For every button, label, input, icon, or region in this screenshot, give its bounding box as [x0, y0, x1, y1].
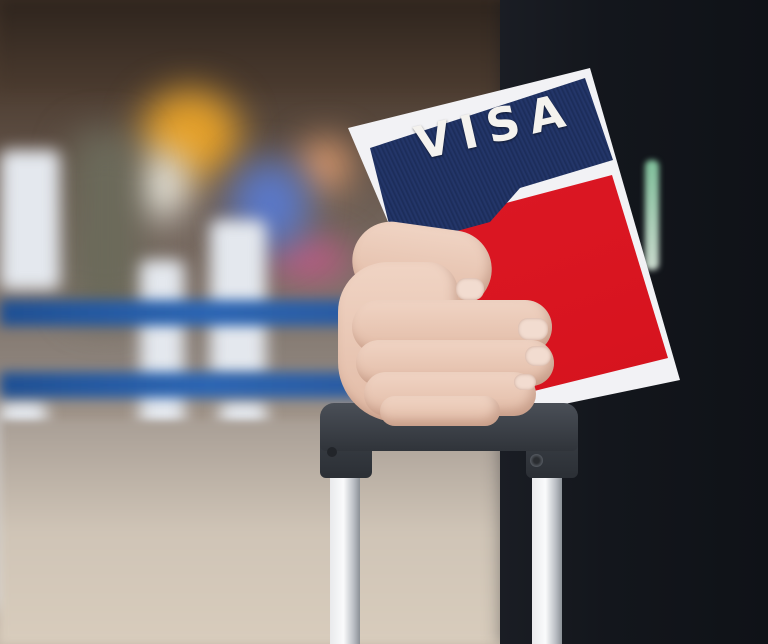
- fingernail: [514, 374, 536, 390]
- luggage-rod-right: [532, 470, 562, 644]
- screw-icon: [530, 454, 543, 467]
- screw-icon: [327, 447, 337, 457]
- blurred-green-object: [645, 160, 659, 270]
- blurred-post: [140, 260, 184, 440]
- bokeh-light-warm: [300, 140, 350, 190]
- photo-scene: VISA: [0, 0, 768, 644]
- luggage-rod-left: [330, 470, 360, 644]
- blurred-sign: [0, 150, 60, 290]
- finger-little: [380, 396, 500, 426]
- blurred-person: [70, 130, 140, 320]
- fingernail: [518, 318, 548, 340]
- thumbnail: [456, 278, 484, 300]
- fingernail: [525, 346, 551, 366]
